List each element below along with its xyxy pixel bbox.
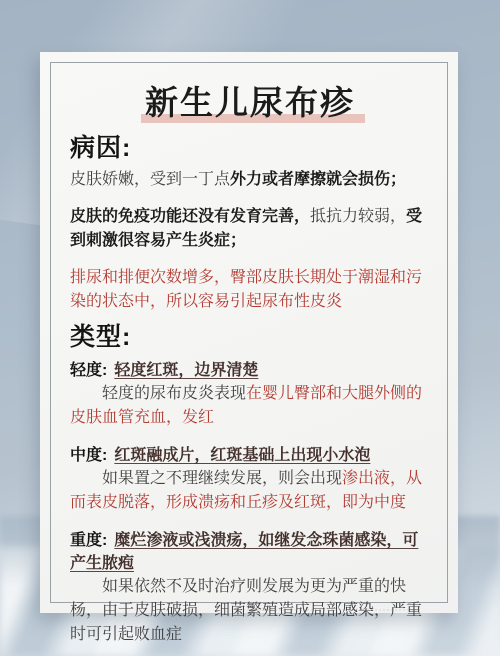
cause-p2-bold1: 皮肤的免疫功能还没有发育完善， <box>70 208 310 225</box>
section-heading-types: 类型: <box>70 322 430 352</box>
type-block-severe: 重度:糜烂渗液或浅溃疡，如继发念珠菌感染，可产生脓疱 如果依然不及时治疗则发展为… <box>70 529 430 647</box>
type-label-mild: 轻度: <box>70 362 107 379</box>
type-head-mild: 轻度:轻度红斑，边界清楚 <box>70 359 430 382</box>
type-block-moderate: 中度:红斑融成片，红斑基础上出现小水泡 如果置之不理继续发展，则会出现渗出液，从… <box>70 444 430 515</box>
type-desc-severe: 如果依然不及时治疗则发展为更为严重的快杨，由于皮肤破损，细菌繁殖造成局部感染，严… <box>70 575 430 647</box>
card-content: 新生儿尿布疹 /* bar injected inside title afte… <box>51 63 447 602</box>
type-headline-severe: 糜烂渗液或浅溃疡，如继发念珠菌感染，可产生脓疱 <box>70 532 418 572</box>
type-desc-moderate: 如果置之不理继续发展，则会出现渗出液，从而表皮脱落，形成溃疡和丘疹及红斑，即为中… <box>70 467 430 515</box>
type-block-mild: 轻度:轻度红斑，边界清楚 轻度的尿布皮炎表现在婴儿臀部和大腿外侧的皮肤血管充血，… <box>70 359 430 430</box>
section-heading-cause: 病因: <box>70 133 430 163</box>
cause-paragraph-2: 皮肤的免疫功能还没有发育完善，抵抗力较弱，受到刺激很容易产生炎症； <box>70 205 430 253</box>
cause-p1-bold: 外力或者摩擦就会损伤； <box>230 171 406 188</box>
title-block: 新生儿尿布疹 /* bar injected inside title afte… <box>70 83 430 123</box>
type-desc-moderate-plain: 如果置之不理继续发展，则会出现 <box>102 470 342 487</box>
type-desc-mild-plain: 轻度的尿布皮炎表现 <box>102 385 246 402</box>
type-desc-mild: 轻度的尿布皮炎表现在婴儿臀部和大腿外侧的皮肤血管充血，发红 <box>70 382 430 430</box>
type-headline-mild: 轻度红斑，边界清楚 <box>114 362 258 379</box>
type-head-severe: 重度:糜烂渗液或浅溃疡，如继发念珠菌感染，可产生脓疱 <box>70 529 430 575</box>
type-head-moderate: 中度:红斑融成片，红斑基础上出现小水泡 <box>70 444 430 467</box>
faint-watermark <box>240 601 420 611</box>
cause-p2-normal: 抵抗力较弱， <box>310 208 406 225</box>
cause-p1-normal: 皮肤娇嫩，受到一丁点 <box>70 171 230 188</box>
type-label-moderate: 中度: <box>70 447 107 464</box>
cause-paragraph-1: 皮肤娇嫩，受到一丁点外力或者摩擦就会损伤； <box>70 168 430 192</box>
type-headline-moderate: 红斑融成片，红斑基础上出现小水泡 <box>114 447 370 464</box>
type-label-severe: 重度: <box>70 532 107 549</box>
info-card: 新生儿尿布疹 /* bar injected inside title afte… <box>40 52 458 613</box>
page-title: 新生儿尿布疹 <box>145 83 355 123</box>
title-underline-bar <box>141 114 365 123</box>
cause-paragraph-3-red: 排尿和排便次数增多，臀部皮肤长期处于潮湿和污染的状态中，所以容易引起尿布性皮炎 <box>70 266 430 314</box>
